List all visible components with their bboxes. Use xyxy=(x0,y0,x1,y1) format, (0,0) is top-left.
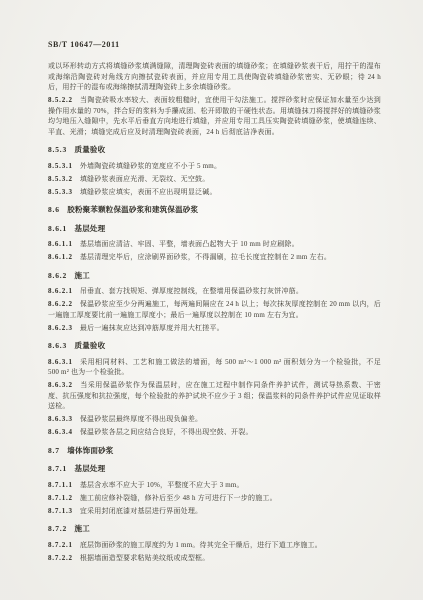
clause-paragraph: 8.6.3.2当采用保温砂浆作为保温层时，应在施工过程中制作同条件养护试件，测试… xyxy=(48,380,381,412)
section-heading: 8.7墙体饰面砂浆 xyxy=(48,446,381,457)
clause-paragraph: 8.6.1.1基层墙面应清洁、牢固、平整，墙表面凸起物大于 10 mm 时应刷除… xyxy=(48,239,381,250)
clause-text: 宜采用封闭底漆对基层进行界面处理。 xyxy=(80,507,202,515)
clause-number: 8.6.3.1 xyxy=(48,358,80,366)
clause-paragraph: 8.7.1.2施工前应修补裂缝，修补后至少 48 h 方可进行下一步的施工。 xyxy=(48,493,381,504)
clause-number: 8.6.2.1 xyxy=(48,287,80,295)
clause-text: 当采用保温砂浆作为保温层时，应在施工过程中制作同条件养护试件，测试导热系数、干密… xyxy=(48,381,381,410)
clause-number: 8.6.1.1 xyxy=(48,240,80,248)
clause-number: 8.5.3.1 xyxy=(48,162,80,170)
clause-paragraph: 8.5.3.3填缝砂浆应填实，表面不应出现明显泛碱。 xyxy=(48,187,381,198)
clause-number: 8.5.2.2 xyxy=(48,96,80,104)
clause-number: 8.7.1.1 xyxy=(48,481,80,489)
clause-number: 8.5.3 xyxy=(48,145,75,154)
clause-text: 填缝砂浆应填实，表面不应出现明显泛碱。 xyxy=(80,188,217,196)
clause-number: 8.5.3.3 xyxy=(48,188,80,196)
clause-number: 8.6.3 xyxy=(48,341,75,350)
clause-number: 8.6.3.4 xyxy=(48,428,80,436)
clause-text: 保温砂浆层最终厚度不得出现负偏差。 xyxy=(80,415,202,423)
heading-text: 基层处理 xyxy=(75,464,106,473)
standard-number: SB/T 10647—2011 xyxy=(48,40,381,49)
clause-paragraph: 8.6.3.4保温砂浆各层之间应结合良好，不得出现空鼓、开裂。 xyxy=(48,427,381,438)
section-heading: 8.6.2施工 xyxy=(48,271,381,282)
clause-text: 吊垂直、套方找规矩、弹厚度控制线，在整墙用保温砂浆打灰饼冲筋。 xyxy=(80,287,303,295)
section-heading: 8.7.1基层处理 xyxy=(48,464,381,475)
clause-text: 填缝砂浆表面应光滑、无裂纹、无空鼓。 xyxy=(80,175,210,183)
clause-number: 8.6.3.3 xyxy=(48,415,80,423)
clause-paragraph: 8.5.3.2填缝砂浆表面应光滑、无裂纹、无空鼓。 xyxy=(48,174,381,185)
clause-number: 8.6.2 xyxy=(48,271,75,280)
clause-text: 底层饰面砂浆的施工厚度约为 1 mm。待其完全干燥后，进行下道工序施工。 xyxy=(80,541,322,549)
heading-text: 施工 xyxy=(75,524,90,533)
clause-text: 施工前应修补裂缝，修补后至少 48 h 方可进行下一步的施工。 xyxy=(80,494,277,502)
clause-number: 8.6 xyxy=(48,205,67,214)
clause-number: 8.6.1.2 xyxy=(48,253,80,261)
clause-text: 当陶瓷砖吸水率较大、表面较粗糙时，宜使用干勾法施工。搅拌砂浆时应保证加水量至少达… xyxy=(48,96,381,136)
clause-text: 基层含水率不应大于 10%，平整度不应大于 3 mm。 xyxy=(80,481,244,489)
clause-number: 8.6.3.2 xyxy=(48,381,80,389)
clause-text: 采用相同材料、工艺和施工做法的墙面，每 500 m²～1 000 m² 面积划分… xyxy=(48,358,381,377)
heading-text: 质量验收 xyxy=(75,341,106,350)
clause-number: 8.7.1.2 xyxy=(48,494,80,502)
heading-text: 施工 xyxy=(75,271,90,280)
clause-paragraph: 8.6.3.3保温砂浆层最终厚度不得出现负偏差。 xyxy=(48,414,381,425)
clause-paragraph: 8.7.1.3宜采用封闭底漆对基层进行界面处理。 xyxy=(48,506,381,517)
clause-paragraph: 8.6.3.1采用相同材料、工艺和施工做法的墙面，每 500 m²～1 000 … xyxy=(48,357,381,378)
heading-text: 质量验收 xyxy=(75,145,106,154)
clause-paragraph: 8.7.1.1基层含水率不应大于 10%，平整度不应大于 3 mm。 xyxy=(48,480,381,491)
clause-number: 8.6.1 xyxy=(48,224,75,233)
clause-number: 8.7.2.1 xyxy=(48,541,80,549)
section-heading: 8.6.3质量验收 xyxy=(48,341,381,352)
clause-number: 8.7.2 xyxy=(48,524,75,533)
clause-text: 最后一遍抹灰应达到冲筋厚度并用大杠搓平。 xyxy=(80,324,224,332)
clause-paragraph: 8.5.3.1外墙陶瓷砖填缝砂浆的宽度应不小于 5 mm。 xyxy=(48,161,381,172)
clause-text: 根据墙面造型要求粘贴美纹纸或成型框。 xyxy=(80,554,210,562)
section-heading: 8.5.3质量验收 xyxy=(48,145,381,156)
clause-number: 8.7.1.3 xyxy=(48,507,80,515)
clause-paragraph: 8.6.2.3最后一遍抹灰应达到冲筋厚度并用大杠搓平。 xyxy=(48,323,381,334)
clause-number: 8.7.2.2 xyxy=(48,554,80,562)
clause-text: 基层墙面应清洁、牢固、平整，墙表面凸起物大于 10 mm 时应刷除。 xyxy=(80,240,299,248)
heading-text: 墙体饰面砂浆 xyxy=(67,446,113,455)
heading-text: 胶粉聚苯颗粒保温砂浆和建筑保温砂浆 xyxy=(67,205,198,214)
clause-paragraph: 8.7.2.2根据墙面造型要求粘贴美纹纸或成型框。 xyxy=(48,553,381,564)
clause-paragraph: 8.6.2.2保温砂浆应至少分两遍施工，每两遍间隔应在 24 h 以上；每次抹灰… xyxy=(48,299,381,320)
document-page: SB/T 10647—2011 或以环形转动方式将填缝砂浆填满缝隙，清理陶瓷砖表… xyxy=(0,0,423,600)
clause-text: 保温砂浆各层之间应结合良好，不得出现空鼓、开裂。 xyxy=(80,428,253,436)
document-body: 或以环形转动方式将填缝砂浆填满缝隙，清理陶瓷砖表面的填缝砂浆；在填缝砂浆表干后，… xyxy=(48,61,381,563)
clause-text: 基层清理完毕后，应涂刷界面砂浆，不得漏刷，拉毛长度宜控制在 2 mm 左右。 xyxy=(80,253,331,261)
clause-paragraph: 8.5.2.2当陶瓷砖吸水率较大、表面较粗糙时，宜使用干勾法施工。搅拌砂浆时应保… xyxy=(48,95,381,137)
heading-text: 基层处理 xyxy=(75,224,106,233)
clause-number: 8.5.3.2 xyxy=(48,175,80,183)
clause-number: 8.6.2.3 xyxy=(48,324,80,332)
clause-number: 8.7 xyxy=(48,446,67,455)
clause-paragraph: 8.7.2.1底层饰面砂浆的施工厚度约为 1 mm。待其完全干燥后，进行下道工序… xyxy=(48,540,381,551)
clause-paragraph: 8.6.2.1吊垂直、套方找规矩、弹厚度控制线，在整墙用保温砂浆打灰饼冲筋。 xyxy=(48,286,381,297)
clause-number: 8.7.1 xyxy=(48,464,75,473)
clause-paragraph: 或以环形转动方式将填缝砂浆填满缝隙，清理陶瓷砖表面的填缝砂浆；在填缝砂浆表干后，… xyxy=(48,61,381,93)
clause-number: 8.6.2.2 xyxy=(48,300,80,308)
clause-paragraph: 8.6.1.2基层清理完毕后，应涂刷界面砂浆，不得漏刷，拉毛长度宜控制在 2 m… xyxy=(48,252,381,263)
section-heading: 8.7.2施工 xyxy=(48,524,381,535)
section-heading: 8.6.1基层处理 xyxy=(48,224,381,235)
clause-text: 保温砂浆应至少分两遍施工，每两遍间隔应在 24 h 以上；每次抹灰厚度控制在 2… xyxy=(48,300,381,319)
section-heading: 8.6胶粉聚苯颗粒保温砂浆和建筑保温砂浆 xyxy=(48,205,381,216)
clause-text: 外墙陶瓷砖填缝砂浆的宽度应不小于 5 mm。 xyxy=(80,162,221,170)
clause-text: 或以环形转动方式将填缝砂浆填满缝隙，清理陶瓷砖表面的填缝砂浆；在填缝砂浆表干后，… xyxy=(48,62,381,91)
